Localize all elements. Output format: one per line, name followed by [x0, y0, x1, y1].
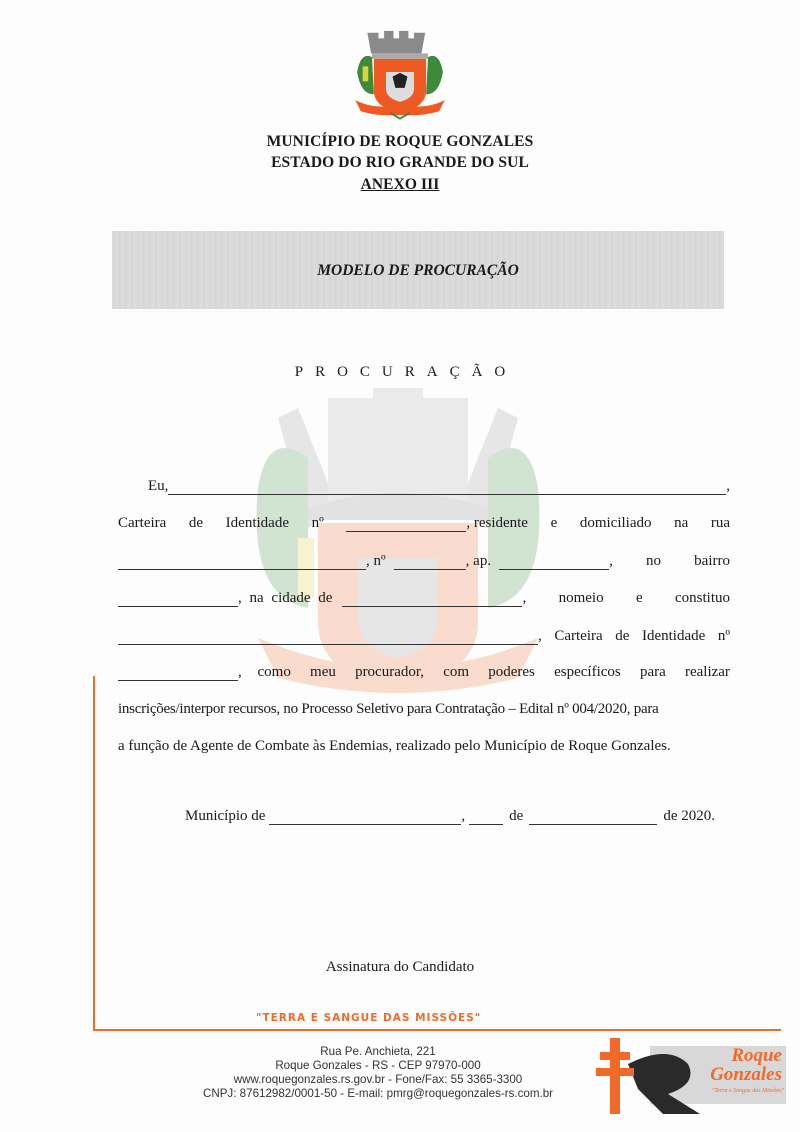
- eu-label: Eu,: [148, 478, 168, 495]
- footer-contact: Rua Pe. Anchieta, 221 Roque Gonzales - R…: [190, 1045, 566, 1101]
- logo-text: Roque: [706, 1046, 782, 1065]
- attorney-name-field[interactable]: [118, 630, 538, 645]
- text: Carteira: [118, 515, 166, 532]
- text: , nomeio e constituo: [522, 590, 730, 607]
- municipality-name: MUNICÍPIO DE ROQUE GONZALES: [0, 133, 800, 151]
- text: específicos: [554, 664, 621, 681]
- cnpj-email: CNPJ: 87612982/0001-50 - E-mail: pmrg@ro…: [190, 1087, 566, 1101]
- address: Rua Pe. Anchieta, 221: [190, 1045, 566, 1059]
- footer-border: [93, 676, 95, 1031]
- paragraph-line: inscrições/interpor recursos, no Process…: [118, 701, 730, 718]
- signature-label: Assinatura do Candidato: [0, 959, 800, 976]
- logo-text: Gonzales: [706, 1065, 782, 1084]
- text: para: [640, 664, 666, 681]
- watermark-crest-icon: [238, 378, 558, 698]
- text: Identidade: [226, 515, 289, 532]
- text: , nº: [366, 553, 386, 570]
- roque-gonzales-logo: Roque Gonzales "Terra e Sangue das Missõ…: [588, 1034, 788, 1114]
- logo-tagline: "Terra e Sangue das Missões": [688, 1088, 784, 1094]
- text: rua: [711, 515, 730, 532]
- street-field[interactable]: [118, 555, 366, 570]
- text: domiciliado: [580, 515, 652, 532]
- text: procurador,: [355, 664, 424, 681]
- slogan: "TERRA E SANGUE DAS MISSÕES": [256, 1012, 481, 1024]
- text: Município de: [185, 808, 265, 825]
- name-field[interactable]: [168, 480, 726, 495]
- id-number-field[interactable]: [346, 517, 466, 532]
- city-field[interactable]: [342, 592, 522, 607]
- text: meu: [310, 664, 336, 681]
- neighborhood-field[interactable]: [118, 592, 238, 607]
- text: de: [189, 515, 203, 532]
- text: ,: [461, 808, 465, 825]
- footer-divider: [93, 1029, 781, 1031]
- house-number-field[interactable]: [394, 555, 466, 570]
- municipality-field[interactable]: [269, 810, 461, 825]
- document-title: PROCURAÇÃO: [0, 364, 800, 381]
- attorney-id-field[interactable]: [118, 666, 238, 681]
- text: com: [443, 664, 469, 681]
- text: na: [674, 515, 688, 532]
- city-cep: Roque Gonzales - RS - CEP 97970-000: [190, 1059, 566, 1073]
- coat-of-arms-icon: [344, 22, 456, 122]
- text: , como: [238, 664, 291, 681]
- text: nº: [312, 515, 324, 532]
- text: de: [509, 808, 523, 825]
- annex-label: ANEXO III: [361, 176, 440, 193]
- text: de 2020.: [663, 808, 715, 825]
- website-phone: www.roquegonzales.rs.gov.br - Fone/Fax: …: [190, 1073, 566, 1087]
- text: , no bairro: [609, 553, 730, 570]
- text: , na cidade de: [238, 590, 332, 607]
- text: , Carteira de Identidade nº: [538, 628, 730, 645]
- day-field[interactable]: [469, 810, 503, 825]
- banner-title: MODELO DE PROCURAÇÃO: [112, 262, 724, 280]
- state-name: ESTADO DO RIO GRANDE DO SUL: [0, 154, 800, 172]
- text: poderes: [488, 664, 535, 681]
- month-field[interactable]: [529, 810, 657, 825]
- paragraph-line: a função de Agente de Combate às Endemia…: [118, 738, 730, 755]
- text: , ap.: [466, 553, 491, 570]
- text: e: [551, 515, 558, 532]
- comma: ,: [726, 478, 730, 495]
- apartment-field[interactable]: [499, 555, 609, 570]
- text: , residente: [466, 515, 528, 532]
- text: realizar: [685, 664, 730, 681]
